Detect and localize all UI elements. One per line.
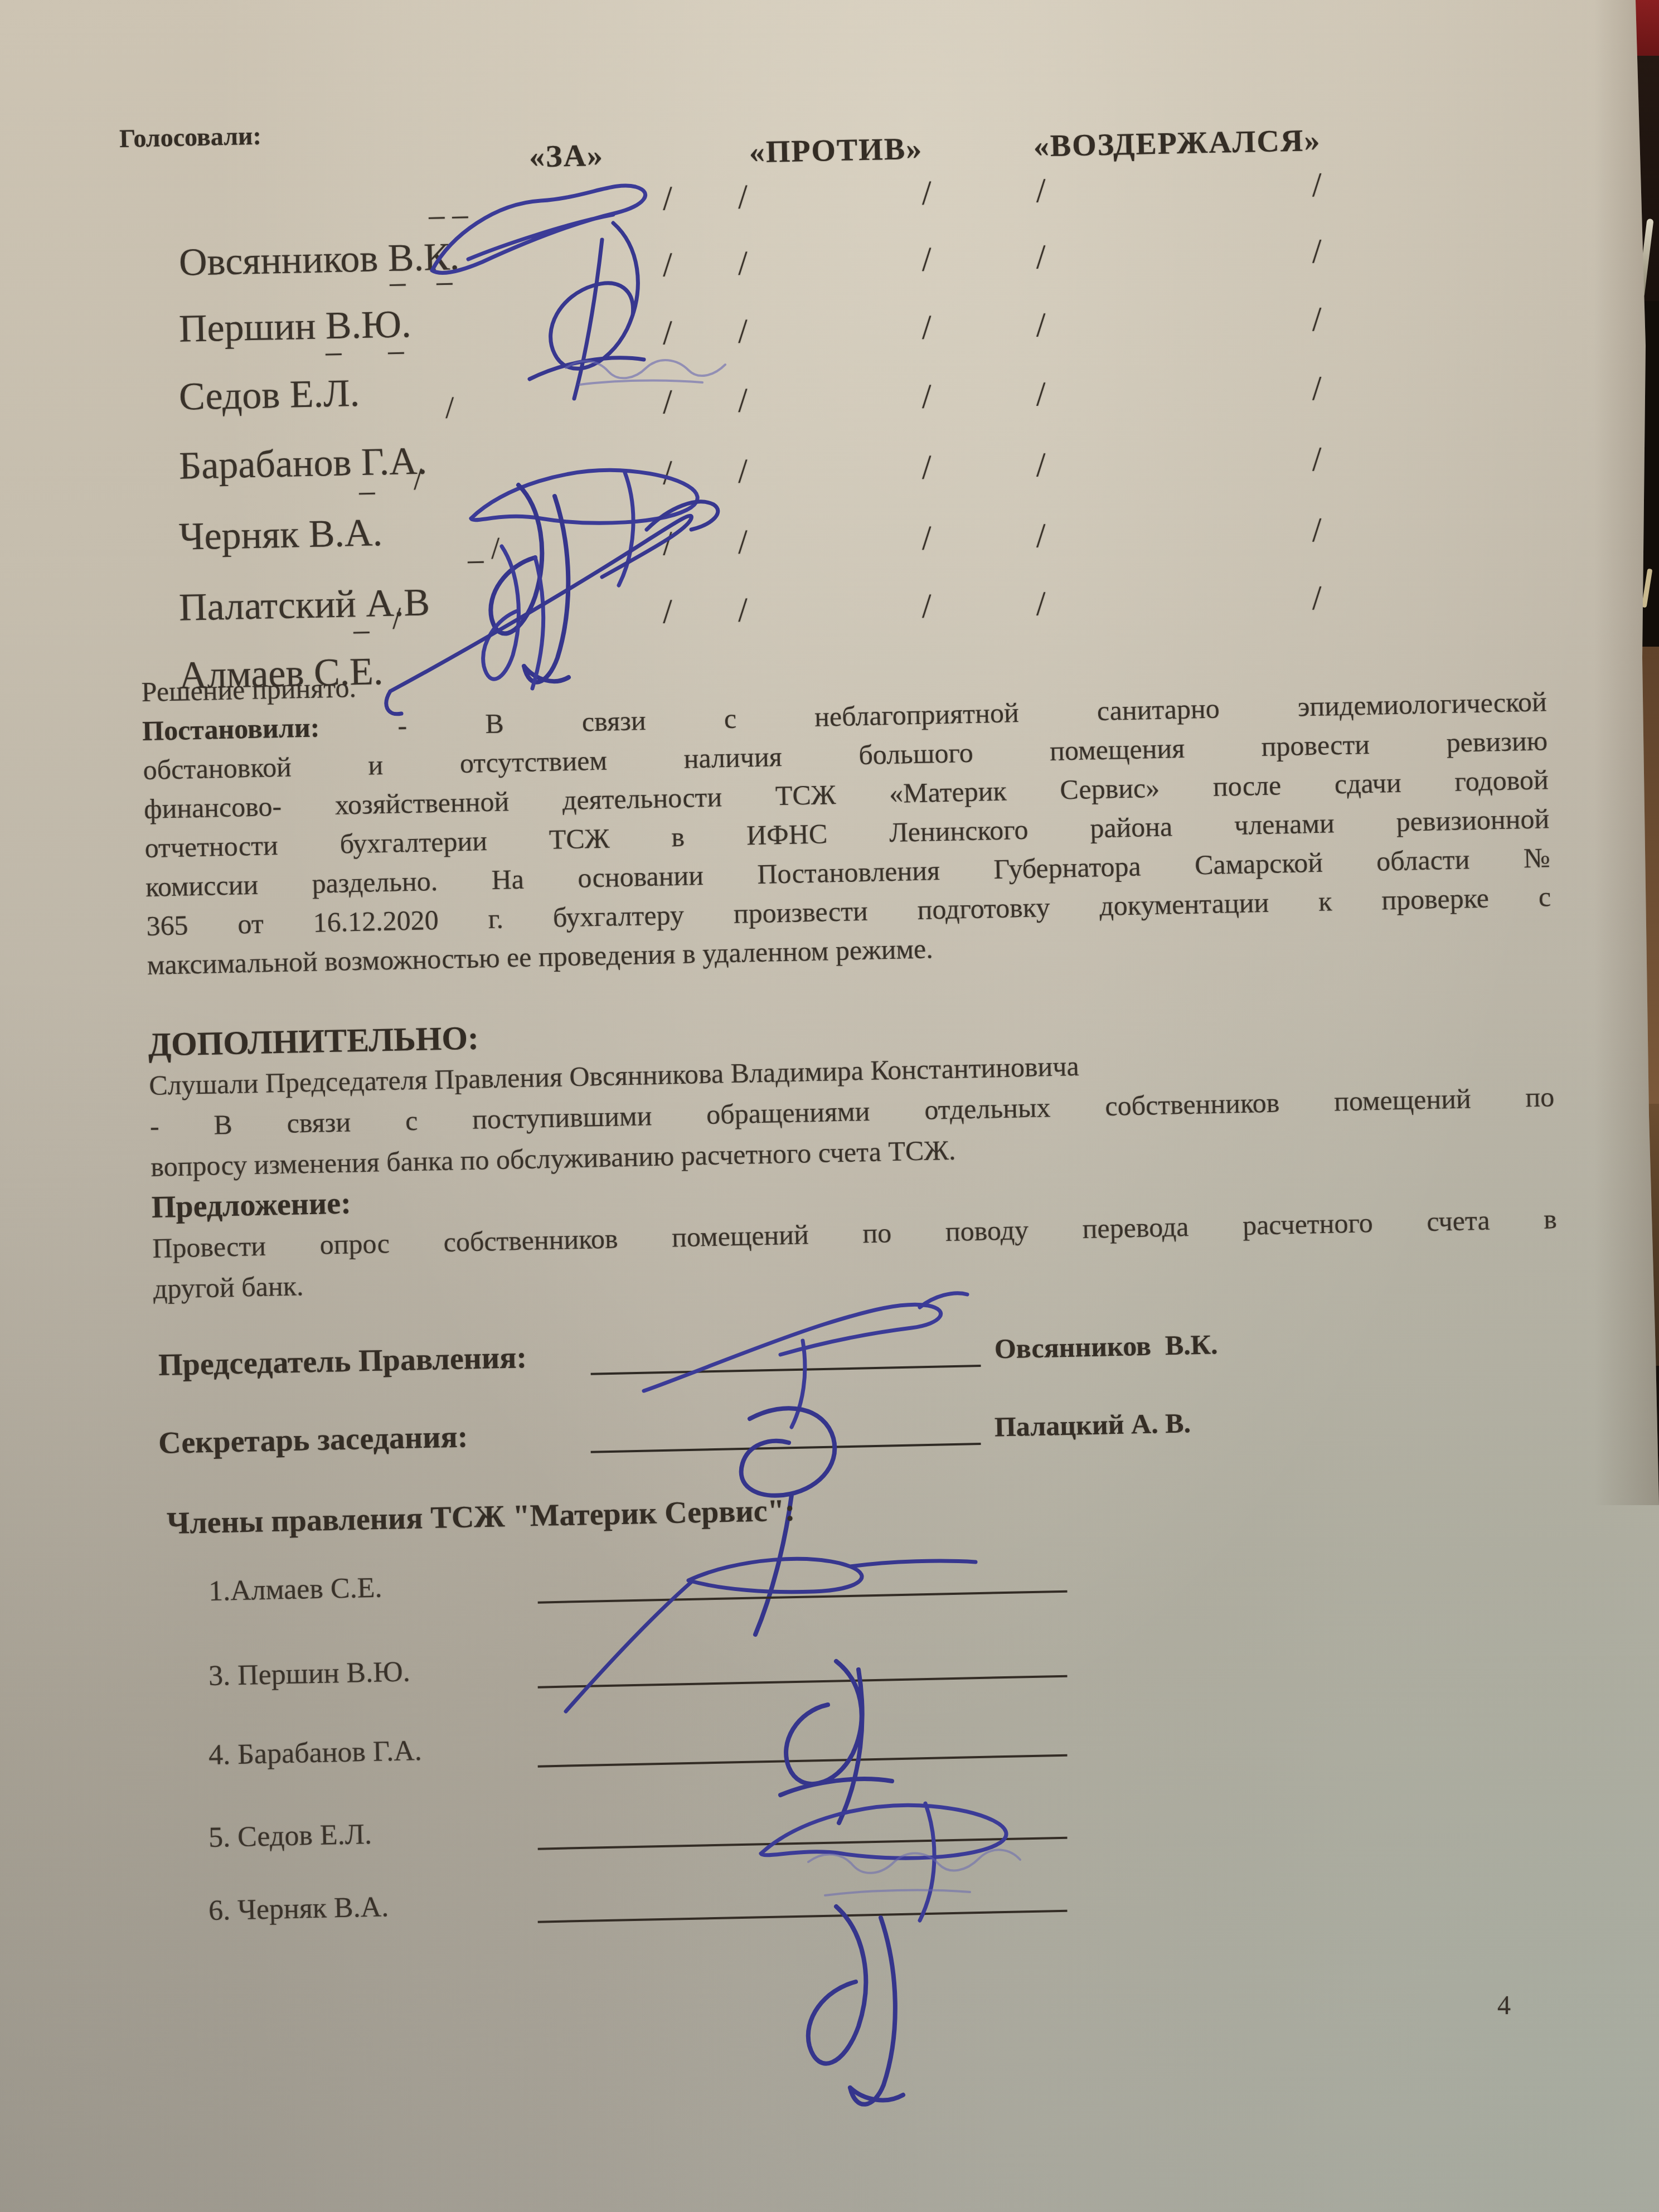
resolution-block: Решение принято. Постановили: - В связи … [141,643,1552,984]
signature-chernyak-member [808,1907,903,2104]
vote-slash: / [1036,366,1046,422]
signature-pershin-member [780,1661,892,1823]
vote-slash: / [1311,361,1322,416]
vote-slash: / [921,300,932,356]
document-photo: Голосовали: «ЗА» «ПРОТИВ» «ВОЗДЕРЖАЛСЯ» … [0,0,1659,2212]
vote-slash: / [1036,508,1046,564]
chairman-name: Овсянников В.К. [994,1322,1218,1371]
member-name: 5. Седов Е.Л. [208,1818,372,1854]
signature-pershin [530,223,644,399]
vote-slash: / [1036,437,1046,493]
vote-slash: / [921,232,932,288]
vote-slash: / [1311,157,1322,213]
secretary-label: Секретарь заседания: [158,1419,468,1461]
vote-slash: / [1036,297,1046,353]
member-name: 4. Барабанов Г.А. [208,1735,423,1771]
signatures-members-block [502,1527,1204,2118]
vote-slash: / [1036,163,1046,219]
vote-slash: / [921,579,932,634]
signature-barabanov-member [761,1803,1006,1920]
vote-slash: / [921,369,932,425]
member-name: 6. Черняк В.А. [208,1891,389,1927]
vote-slash: / [1036,576,1046,632]
signature-almaev-member [566,1559,976,1711]
vote-slash: / [1311,224,1322,279]
vote-slash: / [1036,229,1046,285]
secretary-name: Палацкий А. В. [994,1400,1191,1449]
vote-slash: / [921,440,932,496]
additional-block: ДОПОЛНИТЕЛЬНО: Слушали Председателя Прав… [148,995,1558,1309]
resolution-label: Постановили: [142,711,320,746]
signature-sedov [566,360,725,385]
vote-slash: / [1311,431,1322,487]
chairman-label: Председатель Правления: [158,1340,527,1382]
document-page: Голосовали: «ЗА» «ПРОТИВ» «ВОЗДЕРЖАЛСЯ» … [0,0,1659,2212]
vote-slash: / [1311,292,1322,347]
signature-ovsyannikov [432,186,646,273]
signature-chernyak [491,485,569,682]
member-name: 1.Алмаев С.Е. [208,1571,382,1607]
member-name: 3. Першин В.Ю. [208,1656,411,1692]
vote-slash: / [921,511,932,566]
vote-slash: / [1311,570,1322,626]
page-number: 4 [1497,1990,1511,2021]
vote-slash: / [1311,502,1322,558]
vote-slash: / [921,166,932,221]
